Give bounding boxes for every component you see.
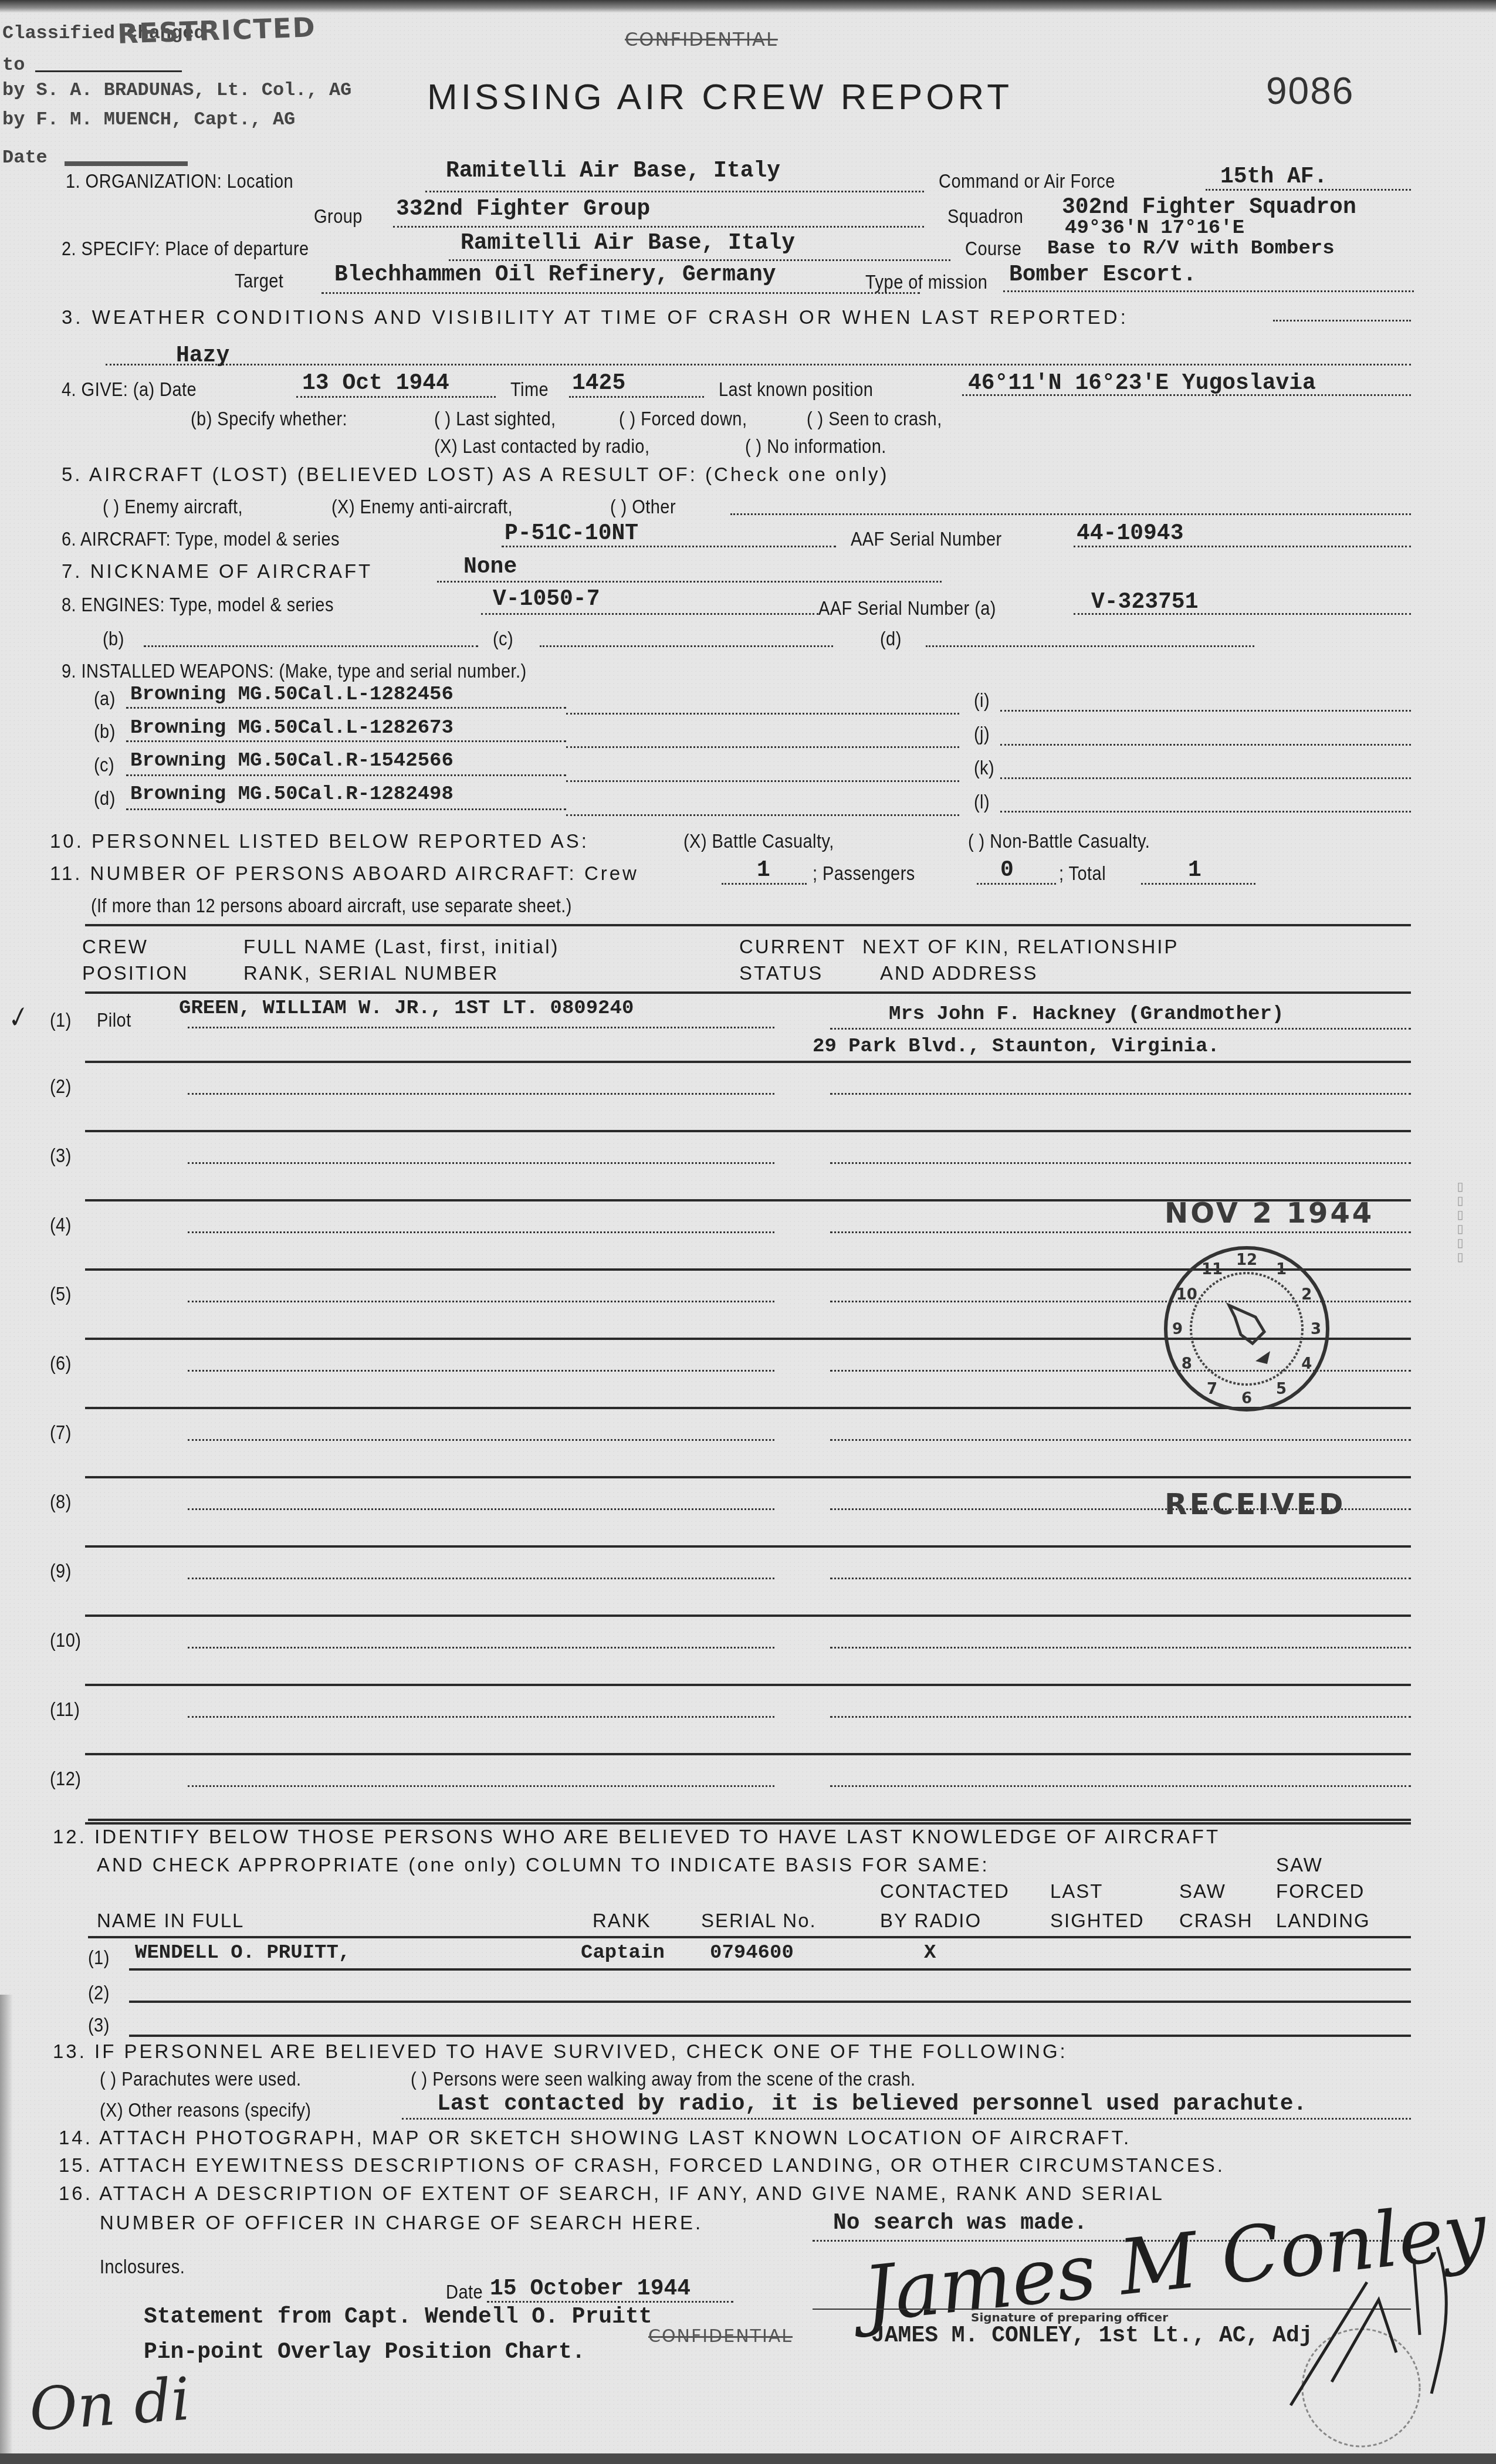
crew-row-1-address: 29 Park Blvd., Staunton, Virginia.: [813, 1035, 1220, 1058]
weapon-c-letter: (c): [94, 754, 114, 776]
engine-c-label: (c): [493, 628, 513, 650]
engine-b-label: (b): [103, 628, 124, 650]
crew-row-1-num: (1): [50, 1009, 72, 1031]
s12-label-1: 12. IDENTIFY BELOW THOSE PERSONS WHO ARE…: [53, 1826, 1220, 1848]
crew-row-num: (2): [50, 1075, 72, 1098]
other-line: [730, 513, 1411, 515]
crew-row-kin-line: [830, 1093, 1411, 1095]
clock-numeral: 9: [1172, 1321, 1183, 1338]
witness-row-3-num: (3): [88, 2014, 110, 2036]
crew-row-1-kin-line: [830, 1028, 1411, 1030]
crew-row-name-line: [188, 1370, 774, 1372]
engine-b-line: [144, 645, 478, 647]
weapon-g-line: [566, 780, 959, 782]
crew-row-num: (4): [50, 1214, 72, 1236]
col-name-1: FULL NAME (Last, first, initial): [243, 936, 560, 958]
confidential-top-stamp: CONFIDENTIAL: [625, 28, 778, 50]
crew-row-1-position: Pilot: [97, 1009, 131, 1031]
crew-row-name-line: [188, 1716, 774, 1718]
weather-line-1: [1273, 320, 1411, 321]
passengers-line: [977, 883, 1056, 885]
crew-row-name-line: [188, 1301, 774, 1302]
crew-row-name-line: [188, 1162, 774, 1164]
weapon-c-line: [126, 774, 566, 776]
total-count: 1: [1188, 858, 1201, 883]
classif-line2-rule: [35, 70, 182, 72]
officer-name: JAMES M. CONLEY, 1st Lt., AC, Adj: [871, 2323, 1313, 2348]
inclosures-label: Inclosures.: [100, 2256, 185, 2278]
crew-row-name-line: [188, 1508, 774, 1510]
crew-row-num: (8): [50, 1491, 72, 1513]
crew-table-top-rule: [85, 924, 1411, 926]
engine-type: V-1050-7: [493, 587, 600, 612]
group-label: Group: [314, 205, 363, 228]
s13-label: 13. IF PERSONNEL ARE BELIEVED TO HAVE SU…: [53, 2040, 1068, 2063]
crew-row-kin-line: [830, 1647, 1411, 1649]
weapon-a-line: [126, 707, 566, 709]
crew-row-num: (5): [50, 1283, 72, 1305]
opt-seen-crash[interactable]: ( ) Seen to crash,: [807, 408, 942, 430]
crew-count-line: [722, 883, 807, 885]
col-position-1: CREW: [82, 936, 148, 958]
weapon-j-letter: (j): [974, 723, 990, 745]
other-reasons-line: [402, 2118, 1411, 2120]
time-label: Time: [510, 378, 549, 401]
weapon-l-letter: (l): [974, 791, 990, 813]
s12-top-rule: [88, 1819, 1411, 1821]
crew-row-1-rule: [85, 1061, 1411, 1063]
group-line: [393, 226, 924, 228]
classif-line3: by S. A. BRADUNAS, Lt. Col., AG: [2, 79, 351, 101]
location-line: [425, 191, 924, 192]
opt-last-sighted[interactable]: ( ) Last sighted,: [434, 408, 556, 430]
weapon-b-line: [126, 740, 566, 742]
weapon-l-line: [1000, 811, 1411, 813]
col-forced-0: SAW: [1276, 1854, 1323, 1876]
classif-line4: by F. M. MUENCH, Capt., AG: [2, 109, 295, 130]
col-forced-2: LANDING: [1276, 1910, 1370, 1932]
crew-row-rule: [85, 1684, 1411, 1686]
crew-row-kin-line: [830, 1578, 1411, 1579]
passengers-label: ; Passengers: [813, 862, 915, 885]
crew-row-name-line: [188, 1785, 774, 1787]
crew-row-num: (12): [50, 1768, 81, 1790]
inclosure-1: Statement from Capt. Wendell O. Pruitt: [144, 2304, 652, 2330]
s6-label: 6. AIRCRAFT: Type, model & series: [62, 528, 340, 550]
clock-numeral: 6: [1241, 1390, 1252, 1407]
command-label: Command or Air Force: [939, 170, 1115, 192]
s9-label: 9. INSTALLED WEAPONS: (Make, type and se…: [62, 660, 527, 682]
report-date: 15 October 1944: [490, 2276, 691, 2301]
command-line: [1206, 189, 1411, 191]
mission-value: Bomber Escort.: [1009, 262, 1196, 287]
squadron-value: 302nd Fighter Squadron: [1062, 195, 1356, 220]
weapon-j-line: [1000, 744, 1411, 746]
s16-label-2: NUMBER OF OFFICER IN CHARGE OF SEARCH HE…: [100, 2212, 703, 2234]
engine-type-line: [481, 613, 818, 615]
opt-battle-casualty[interactable]: (X) Battle Casualty,: [683, 830, 834, 852]
col-rank: RANK: [593, 1910, 651, 1932]
group-value: 332nd Fighter Group: [396, 197, 650, 222]
opt-forced-down[interactable]: ( ) Forced down,: [619, 408, 747, 430]
opt-other[interactable]: ( ) Other: [610, 496, 676, 518]
crew-row-1-name-line: [188, 1027, 774, 1028]
passengers-count: 0: [1000, 858, 1014, 883]
report-date-line: [487, 2301, 733, 2303]
date-line: [296, 396, 496, 398]
crew-row-rule: [85, 1615, 1411, 1617]
col-status-1: CURRENT: [739, 936, 846, 958]
received-date: NOV 2 1944: [1165, 1197, 1374, 1230]
crew-table-header-rule: [85, 991, 1411, 994]
total-line: [1141, 883, 1255, 885]
received-label: RECEIVED: [1165, 1487, 1345, 1521]
witness-row-1-rank: Captain: [581, 1942, 665, 1964]
nickname-line: [437, 581, 942, 583]
weapon-a-letter: (a): [94, 688, 116, 710]
crew-row-num: (10): [50, 1629, 81, 1651]
squadron-label: Squadron: [947, 205, 1023, 228]
col-radio-2: BY RADIO: [880, 1910, 981, 1932]
col-forced-1: FORCED: [1276, 1880, 1365, 1903]
page-title: MISSING AIR CREW REPORT: [427, 76, 1013, 118]
weapon-b-letter: (b): [94, 720, 116, 743]
crew-row-1-kin: Mrs John F. Hackney (Grandmother): [889, 1003, 1284, 1025]
weapon-a: Browning MG.50Cal.L-1282456: [130, 683, 453, 706]
crew-row-rule: [85, 1753, 1411, 1755]
engine-serial-line: [1074, 613, 1411, 615]
weapon-f-line: [566, 746, 959, 748]
crew-row-rule: [85, 1545, 1411, 1548]
opt-enemy-aircraft[interactable]: ( ) Enemy aircraft,: [103, 496, 243, 518]
s14-label: 14. ATTACH PHOTOGRAPH, MAP OR SKETCH SHO…: [59, 2127, 1131, 2149]
engine-d-line: [926, 645, 1254, 647]
crew-row-1-check-mark: ✓: [1, 1000, 32, 1036]
course-value: Base to R/V with Bombers: [1047, 238, 1335, 260]
handwritten-note: On di: [27, 2365, 192, 2445]
weather-line-2: [106, 364, 1411, 365]
clock-numeral: 4: [1301, 1355, 1312, 1373]
weapon-k-line: [1000, 777, 1411, 779]
restricted-stamp: RESTRICTED: [117, 11, 316, 50]
witness-row-3-rule: [129, 2035, 1411, 2037]
clock-numeral: 1: [1276, 1261, 1287, 1278]
s11-note: (If more than 12 persons aboard aircraft…: [91, 895, 572, 917]
col-position-2: POSITION: [82, 962, 189, 984]
s4-label: 4. GIVE: (a) Date: [62, 378, 197, 401]
witness-row-1-num: (1): [88, 1947, 110, 1969]
total-label: ; Total: [1059, 862, 1106, 885]
last-position: 46°11'N 16°23'E Yugoslavia: [968, 371, 1316, 396]
clock-numeral: 5: [1276, 1380, 1287, 1398]
col-crash-1: SAW: [1179, 1880, 1226, 1903]
aircraft-serial: 44-10943: [1077, 521, 1183, 546]
aircraft-serial-label: AAF Serial Number: [851, 528, 1002, 550]
other-reasons-value: Last contacted by radio, it is believed …: [437, 2091, 1307, 2117]
crew-row-name-line: [188, 1647, 774, 1649]
weapon-d-line: [126, 808, 566, 810]
witness-row-1-name: WENDELL O. PRUITT,: [135, 1942, 350, 1964]
weapon-e-line: [566, 713, 959, 715]
engine-d-label: (d): [880, 628, 902, 650]
s7-label: 7. NICKNAME OF AIRCRAFT: [62, 560, 373, 583]
classif-line2: to: [2, 54, 25, 76]
engine-serial-label: AAF Serial Number (a): [818, 597, 996, 620]
classif-line5: Date: [2, 147, 48, 168]
weapon-i-letter: (i): [974, 689, 990, 712]
clock-numeral: 2: [1301, 1286, 1312, 1304]
opt-last-radio[interactable]: (X) Last contacted by radio,: [434, 435, 649, 458]
col-sighted-1: LAST: [1050, 1880, 1104, 1903]
crew-row-num: (6): [50, 1352, 72, 1375]
course-label: Course: [965, 238, 1021, 260]
s16-label-1: 16. ATTACH A DESCRIPTION OF EXTENT OF SE…: [59, 2182, 1165, 2205]
crew-row-1-name: GREEN, WILLIAM W. JR., 1ST LT. 0809240: [179, 997, 634, 1020]
clock-stamp-icon: 121234567891011: [1159, 1241, 1335, 1417]
col-crash-2: CRASH: [1179, 1910, 1253, 1932]
crash-date: 13 Oct 1944: [302, 371, 449, 396]
scan-top-edge: [0, 0, 1496, 13]
s1-label: 1. ORGANIZATION: Location: [66, 170, 293, 192]
opt-walking[interactable]: ( ) Persons were seen walking away from …: [411, 2068, 916, 2090]
clock-numeral: 8: [1182, 1355, 1192, 1373]
scan-left-edge: [0, 1995, 13, 2464]
departure-line: [449, 259, 950, 261]
mission-label: Type of mission: [865, 271, 987, 293]
clock-numeral: 11: [1201, 1261, 1223, 1278]
col-name-in-full: NAME IN FULL: [97, 1910, 244, 1932]
opt-no-info[interactable]: ( ) No information.: [745, 435, 886, 458]
col-kin-2: AND ADDRESS: [880, 962, 1038, 984]
signature-caption: Signature of preparing officer: [971, 2310, 1168, 2324]
report-number: 9086: [1266, 69, 1354, 113]
crew-row-kin-line: [830, 1785, 1411, 1787]
weapon-k-letter: (k): [974, 757, 994, 779]
s8-label: 8. ENGINES: Type, model & series: [62, 594, 334, 616]
command-value: 15th AF.: [1220, 164, 1327, 189]
crew-row-rule: [85, 1822, 1411, 1825]
inclosure-2: Pin-point Overlay Position Chart.: [144, 2340, 585, 2365]
confidential-bottom-stamp: CONFIDENTIAL: [648, 2326, 793, 2347]
col-kin-1: NEXT OF KIN, RELATIONSHIP: [862, 936, 1179, 958]
crew-row-kin-line: [830, 1162, 1411, 1164]
crew-row-kin-line: [830, 1231, 1411, 1233]
col-radio-1: CONTACTED: [880, 1880, 1010, 1903]
witness-row-2-num: (2): [88, 1982, 110, 2004]
weapon-b: Browning MG.50Cal.L-1282673: [130, 717, 453, 739]
s10-label: 10. PERSONNEL LISTED BELOW REPORTED AS:: [50, 830, 589, 852]
witness-row-1-radio-check[interactable]: X: [924, 1942, 936, 1964]
s11-label: 11. NUMBER OF PERSONS ABOARD AIRCRAFT: C…: [50, 862, 639, 885]
crew-row-num: (3): [50, 1145, 72, 1167]
clock-numeral: 3: [1311, 1321, 1321, 1338]
s12-label-2: AND CHECK APPROPRIATE (one only) COLUMN …: [97, 1854, 990, 1876]
s3-label: 3. WEATHER CONDITIONS AND VISIBILITY AT …: [62, 306, 1129, 329]
position-label: Last known position: [719, 378, 873, 401]
margin-faint-mark: ▯▯▯▯▯▯: [1455, 1179, 1467, 1297]
crew-row-name-line: [188, 1578, 774, 1579]
crew-row-name-line: [188, 1093, 774, 1095]
report-date-label: Date: [446, 2281, 483, 2303]
col-serial: SERIAL No.: [701, 1910, 817, 1932]
clock-numeral: 12: [1236, 1251, 1257, 1269]
s15-label: 15. ATTACH EYEWITNESS DESCRIPTIONS OF CR…: [59, 2154, 1225, 2177]
s2-label: 2. SPECIFY: Place of departure: [62, 238, 309, 260]
opt-parachutes[interactable]: ( ) Parachutes were used.: [100, 2068, 302, 2090]
crew-row-kin-line: [830, 1439, 1411, 1441]
position-line: [962, 394, 1411, 396]
weapon-c: Browning MG.50Cal.R-1542566: [130, 750, 453, 772]
engine-c-line: [540, 645, 833, 647]
nickname-value: None: [463, 554, 517, 580]
weapon-d: Browning MG.50Cal.R-1282498: [130, 783, 453, 805]
crew-count: 1: [757, 858, 770, 883]
witness-row-1-rule: [129, 1968, 1411, 1971]
classif-date-redaction: [65, 161, 188, 166]
witness-row-1-serial: 0794600: [710, 1942, 794, 1964]
crew-row-name-line: [188, 1439, 774, 1441]
target-line: [321, 292, 920, 294]
opt-non-battle[interactable]: ( ) Non-Battle Casualty.: [968, 830, 1150, 852]
engine-serial-a: V-323751: [1091, 590, 1198, 615]
report-page: Classified changed RESTRICTED to by S. A…: [0, 0, 1496, 2464]
aircraft-type: P-51C-10NT: [505, 521, 638, 546]
col-status-2: STATUS: [739, 962, 823, 984]
crew-row-rule: [85, 1476, 1411, 1478]
handwritten-initials-icon: [1261, 2229, 1473, 2452]
specify-whether-label: (b) Specify whether:: [191, 408, 347, 430]
s5-label: 5. AIRCRAFT (LOST) (BELIEVED LOST) AS A …: [62, 463, 889, 486]
opt-anti-aircraft[interactable]: (X) Enemy anti-aircraft,: [331, 496, 513, 518]
weapon-h-line: [566, 814, 959, 816]
clock-numeral: 10: [1176, 1286, 1197, 1304]
mission-line: [1003, 290, 1414, 292]
confidential-top-text: CONFIDENTIAL: [625, 28, 778, 50]
crew-row-name-line: [188, 1231, 774, 1233]
confidential-bottom-text: CONFIDENTIAL: [648, 2326, 793, 2347]
target-label: Target: [235, 270, 283, 292]
s12-header-rule: [88, 1936, 1411, 1938]
col-sighted-2: SIGHTED: [1050, 1910, 1145, 1932]
crash-time: 1425: [572, 371, 625, 396]
time-line: [569, 396, 704, 398]
aircraft-serial-line: [1074, 546, 1411, 547]
weapon-i-line: [1000, 710, 1411, 712]
crew-row-num: (11): [50, 1698, 80, 1721]
opt-other-reasons[interactable]: (X) Other reasons (specify): [100, 2099, 311, 2121]
crew-row-rule: [85, 1130, 1411, 1132]
crew-row-num: (7): [50, 1421, 72, 1444]
location-value: Ramitelli Air Base, Italy: [446, 158, 780, 184]
aircraft-type-line: [502, 546, 836, 547]
crew-row-num: (9): [50, 1560, 72, 1582]
clock-numeral: 7: [1207, 1380, 1217, 1398]
crew-row-kin-line: [830, 1716, 1411, 1718]
witness-row-2-rule: [129, 2001, 1411, 2003]
col-name-2: RANK, SERIAL NUMBER: [243, 962, 499, 984]
departure-value: Ramitelli Air Base, Italy: [461, 231, 795, 256]
course-coords: 49°36'N 17°16'E: [1065, 217, 1244, 239]
target-value: Blechhammen Oil Refinery, Germany: [334, 262, 776, 287]
weapon-d-letter: (d): [94, 787, 116, 810]
scan-bottom-edge: [0, 2453, 1496, 2464]
